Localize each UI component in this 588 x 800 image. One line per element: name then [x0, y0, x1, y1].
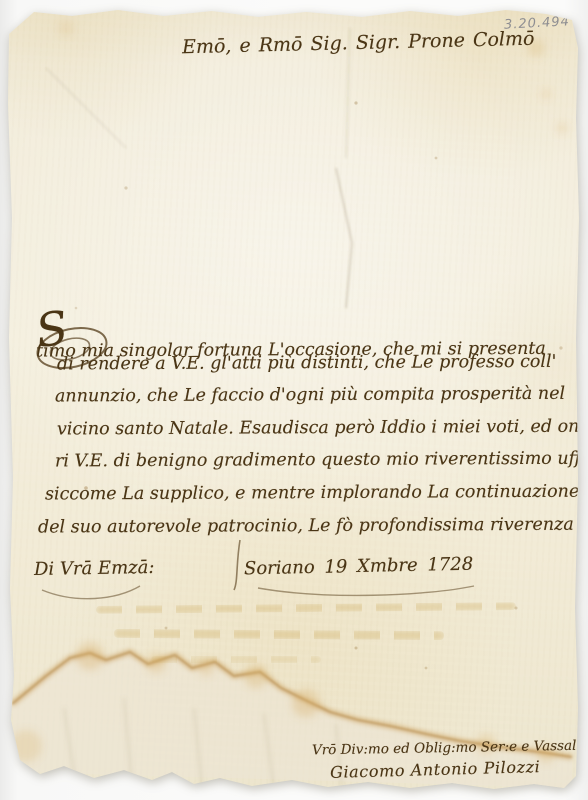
body-line: Stimo mia singolar fortuna L'occasione, … — [36, 318, 588, 354]
body-line: di rendere a V.E. gl'atti più distinti, … — [57, 351, 588, 386]
body-line: siccome La supplico, e mentre implorando… — [45, 481, 588, 517]
body-line: del suo autorevole patrocinio, Le fò pro… — [38, 514, 588, 550]
body-line: ri V.E. di benigno gradimento questo mio… — [55, 449, 588, 485]
body-line: annunzio, che Le faccio d'ogni più compi… — [55, 384, 588, 420]
dateline: Soriano 19 Xmbre 1728 — [244, 554, 474, 580]
salutation-line: Emō, e Rmō Sig. Sigr. Prone Colmō — [182, 28, 535, 59]
bleedthrough-line — [114, 629, 444, 640]
scanner-background: 3.20.494 Emō, e Rmō Sig. Sigr. Prone Col… — [0, 0, 588, 800]
paper-shadow: 3.20.494 Emō, e Rmō Sig. Sigr. Prone Col… — [6, 8, 582, 794]
body-line: vicino santo Natale. Esaudisca però Iddi… — [57, 416, 588, 451]
bleedthrough-line — [151, 656, 321, 663]
letter-body: Stimo mia singolar fortuna L'occasione, … — [36, 320, 588, 548]
decorated-initial: S — [36, 316, 107, 336]
signature-name: Giacomo Antonio Pilozzi — [330, 757, 541, 782]
crease-lines — [46, 28, 352, 308]
closing-line: Di Vrā Emzā: — [34, 557, 155, 580]
letter-page: 3.20.494 Emō, e Rmō Sig. Sigr. Prone Col… — [6, 8, 582, 794]
signature-title-line: Vrō Div:mo ed Oblig:mo Ser:e e Vassallo — [312, 738, 588, 759]
wrinkle-lines — [64, 698, 342, 790]
bleedthrough-line — [96, 602, 516, 614]
